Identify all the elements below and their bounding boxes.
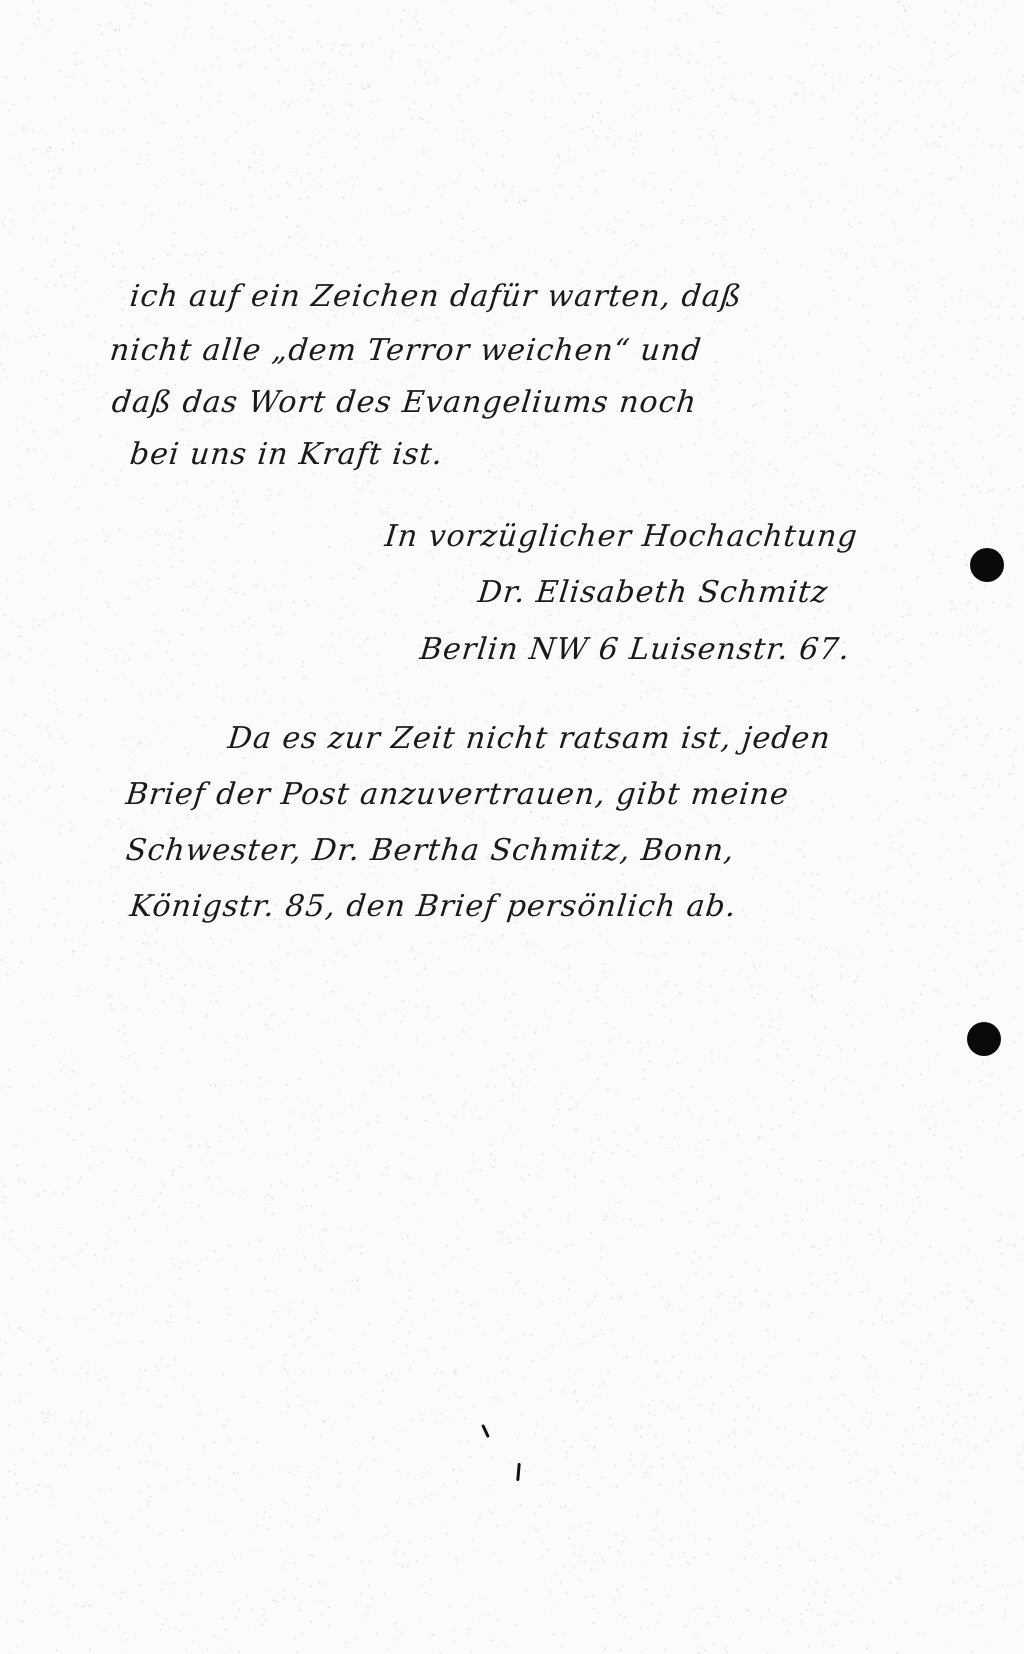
postscript-line-4: Königstr. 85, den Brief persönlich ab. bbox=[128, 892, 738, 922]
body-line-3: daß das Wort des Evangeliums noch bbox=[110, 388, 698, 418]
scan-speckle-noise bbox=[0, 0, 1024, 1654]
punch-hole-icon bbox=[970, 548, 1004, 582]
letter-page: ich auf ein Zeichen dafür warten, daß ni… bbox=[0, 0, 1024, 1654]
body-line-4: bei uns in Kraft ist. bbox=[128, 440, 444, 470]
body-line-1: ich auf ein Zeichen dafür warten, daß bbox=[128, 282, 743, 312]
postscript-line-3: Schwester, Dr. Bertha Schmitz, Bonn, bbox=[124, 836, 736, 866]
signature: Dr. Elisabeth Schmitz bbox=[476, 578, 829, 608]
ink-mark bbox=[481, 1424, 490, 1438]
ink-mark bbox=[516, 1463, 521, 1481]
postscript-line-2: Brief der Post anzuvertrauen, gibt meine bbox=[124, 780, 790, 810]
punch-hole-icon bbox=[967, 1022, 1001, 1056]
closing-salutation: In vorzüglicher Hochachtung bbox=[383, 522, 859, 552]
postscript-line-1: Da es zur Zeit nicht ratsam ist, jeden bbox=[226, 724, 832, 754]
body-line-2: nicht alle „dem Terror weichen“ und bbox=[108, 336, 703, 366]
sender-address: Berlin NW 6 Luisenstr. 67. bbox=[418, 635, 851, 665]
